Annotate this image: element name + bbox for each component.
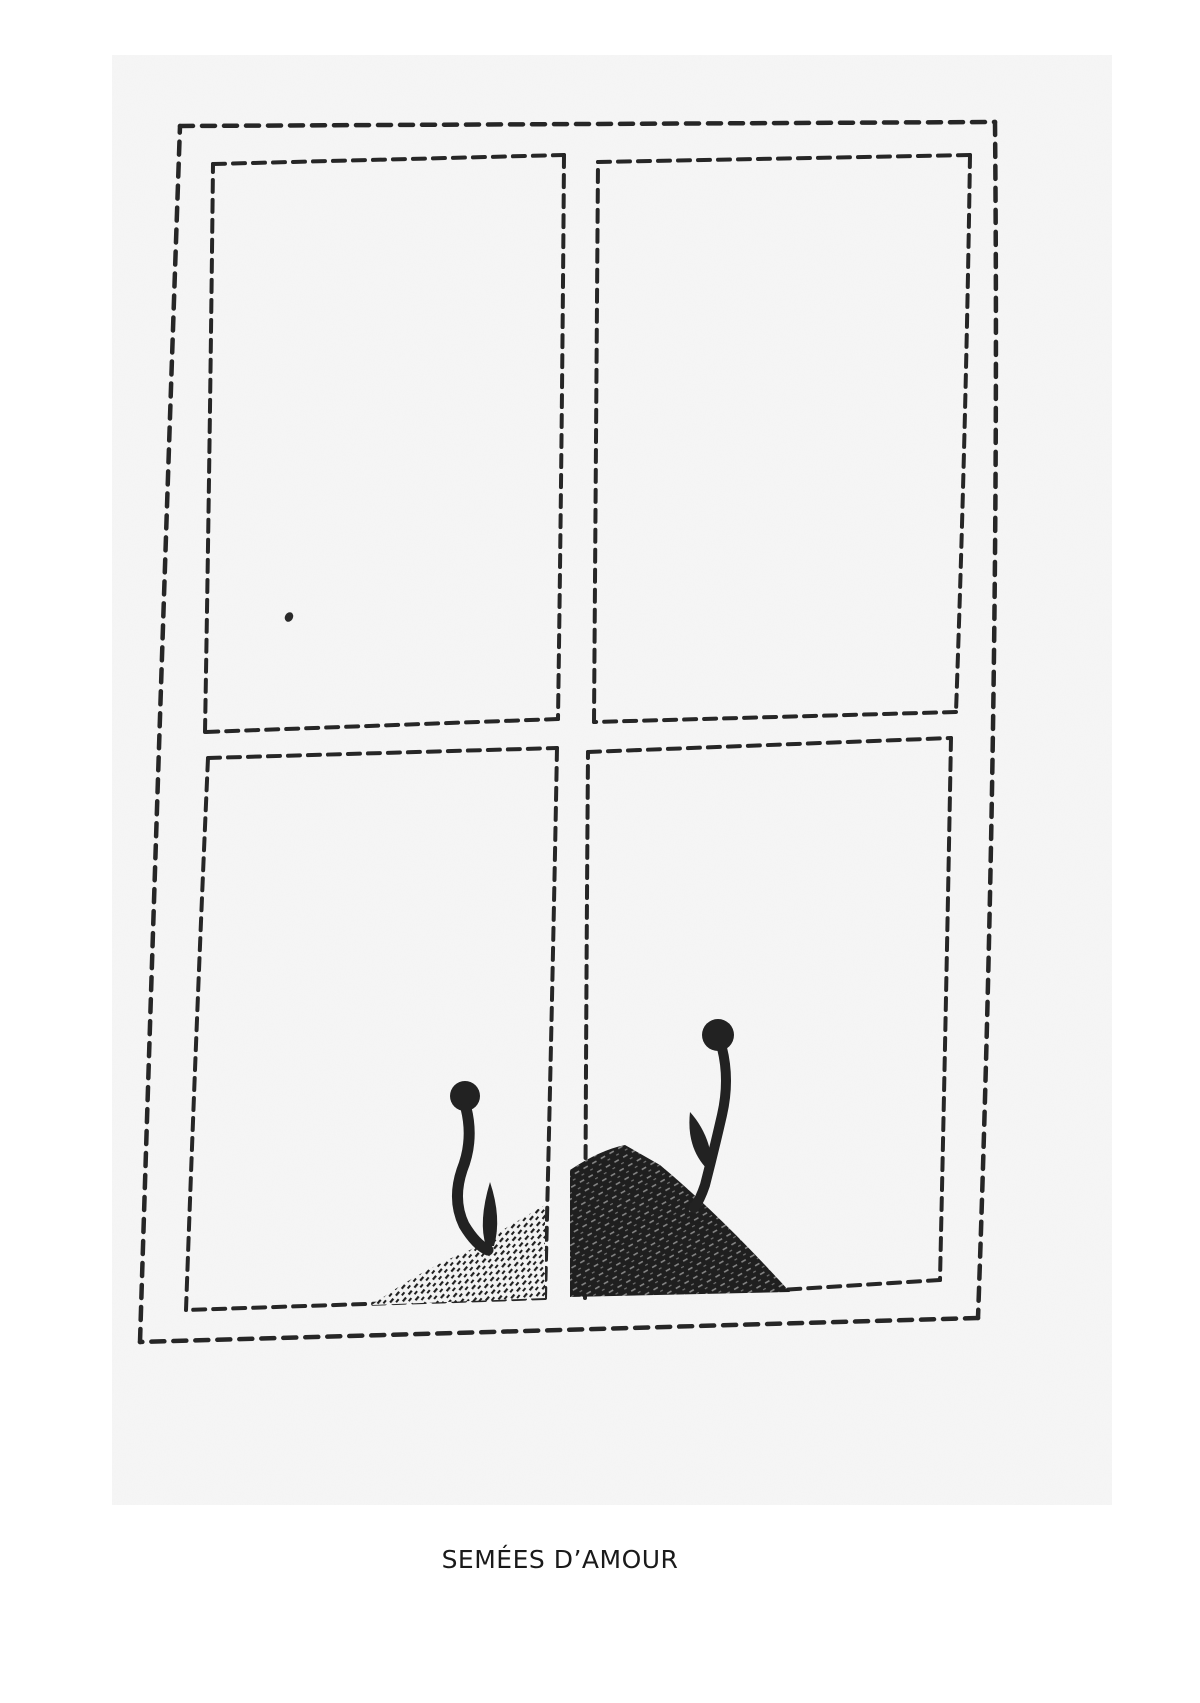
- embroidery-artwork: [0, 0, 1200, 1703]
- artwork-caption: SEMÉES D’AMOUR: [0, 1545, 1120, 1574]
